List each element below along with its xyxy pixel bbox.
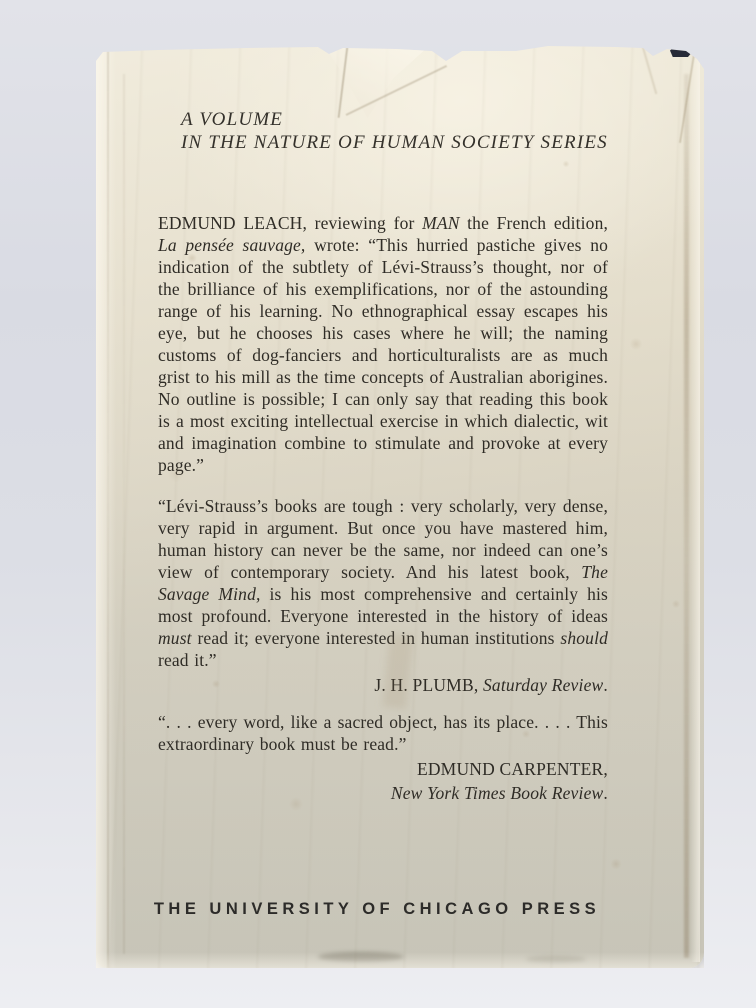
book-back-cover: A VOLUME IN THE NATURE OF HUMAN SOCIETY … (96, 44, 704, 968)
corner-crease (641, 44, 657, 95)
publisher-imprint: THE UNIVERSITY OF CHICAGO PRESS (96, 900, 658, 919)
bottom-edge-wear (96, 952, 704, 968)
series-note-line-1: A VOLUME (181, 108, 608, 131)
review-quote-plumb: “Lévi-Strauss’s books are tough : very s… (158, 495, 608, 671)
spine-crease (123, 74, 125, 954)
spine-fold-highlight (96, 44, 116, 968)
spine-crease (107, 44, 109, 968)
review-credit-carpenter-source: New York Times Book Review. (158, 782, 608, 804)
review-quote-leach: EDMUND LEACH, reviewing for MAN the Fren… (158, 212, 608, 476)
bottom-smudge (318, 952, 404, 962)
review-quote-carpenter: “. . . every word, like a sacred object,… (158, 711, 608, 755)
review-credit-carpenter-name: EDMUND CARPENTER, (158, 758, 608, 780)
exposed-board-chip (670, 44, 693, 57)
series-note: A VOLUME IN THE NATURE OF HUMAN SOCIETY … (181, 108, 608, 154)
edge-soiling (684, 74, 689, 958)
corner-crease (679, 48, 696, 143)
jacket-text-column: A VOLUME IN THE NATURE OF HUMAN SOCIETY … (158, 44, 608, 804)
review-credit-plumb: J. H. PLUMB, Saturday Review. (158, 674, 608, 696)
series-note-line-2: IN THE NATURE OF HUMAN SOCIETY SERIES (181, 131, 608, 154)
bottom-smudge (526, 956, 586, 963)
edge-highlight (691, 54, 700, 962)
photo-background: A VOLUME IN THE NATURE OF HUMAN SOCIETY … (0, 0, 756, 1008)
